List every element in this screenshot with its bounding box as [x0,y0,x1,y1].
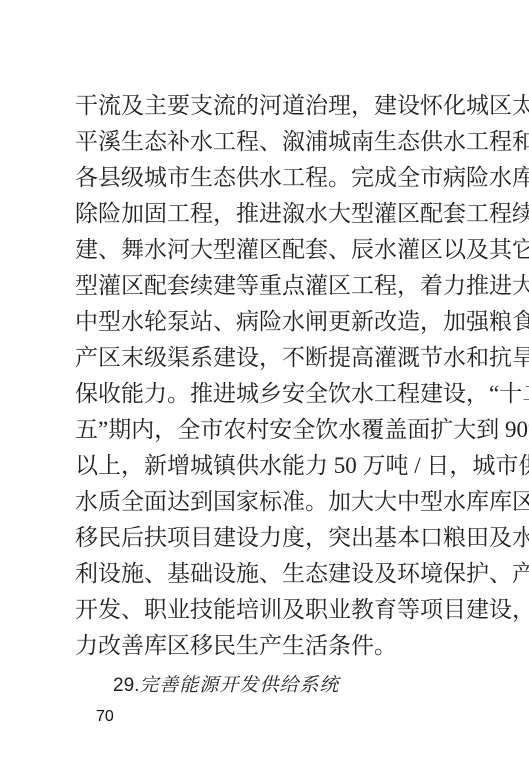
paragraph-line: 利设施、基础设施、生态建设及环境保护、产业 [75,556,461,592]
paragraph-line: 水质全面达到国家标准。加大大中型水库库区 [75,484,461,520]
paragraph-line: 中型水轮泵站、病险水闸更新改造，加强粮食主 [75,304,461,340]
paragraph-line: 移民后扶项目建设力度，突出基本口粮田及水 [75,520,461,556]
paragraph-line: 开发、职业技能培训及职业教育等项目建设，努 [75,592,461,628]
section-heading: 29.完善能源开发供给系统 [113,668,461,704]
paragraph-line: 五”期内，全市农村安全饮水覆盖面扩大到 90% [75,412,461,448]
paragraph-line: 以上，新增城镇供水能力 50 万吨 / 日，城市供水 [75,448,461,484]
paragraph: 干流及主要支流的河道治理，建设怀化城区太平溪生态补水工程、溆浦城南生态供水工程和… [75,88,461,664]
page-number: 70 [96,708,114,726]
paragraph-line: 力改善库区移民生产生活条件。 [75,628,461,664]
paragraph-line: 平溪生态补水工程、溆浦城南生态供水工程和 [75,124,461,160]
paragraph-line: 保收能力。推进城乡安全饮水工程建设，“十二 [75,376,461,412]
paragraph-line: 干流及主要支流的河道治理，建设怀化城区太 [75,88,461,124]
body-text-block: 干流及主要支流的河道治理，建设怀化城区太平溪生态补水工程、溆浦城南生态供水工程和… [75,88,461,704]
document-page: 干流及主要支流的河道治理，建设怀化城区太平溪生态补水工程、溆浦城南生态供水工程和… [0,0,529,774]
paragraph-line: 除险加固工程，推进溆水大型灌区配套工程续 [75,196,461,232]
paragraph-line: 各县级城市生态供水工程。完成全市病险水库 [75,160,461,196]
paragraph-line: 型灌区配套续建等重点灌区工程，着力推进大 [75,268,461,304]
paragraph-line: 产区末级渠系建设，不断提高灌溉节水和抗旱 [75,340,461,376]
section-heading-number: 29. [113,675,139,696]
paragraph-line: 建、舞水河大型灌区配套、辰水灌区以及其它中 [75,232,461,268]
section-heading-title: 完善能源开发供给系统 [139,675,339,696]
